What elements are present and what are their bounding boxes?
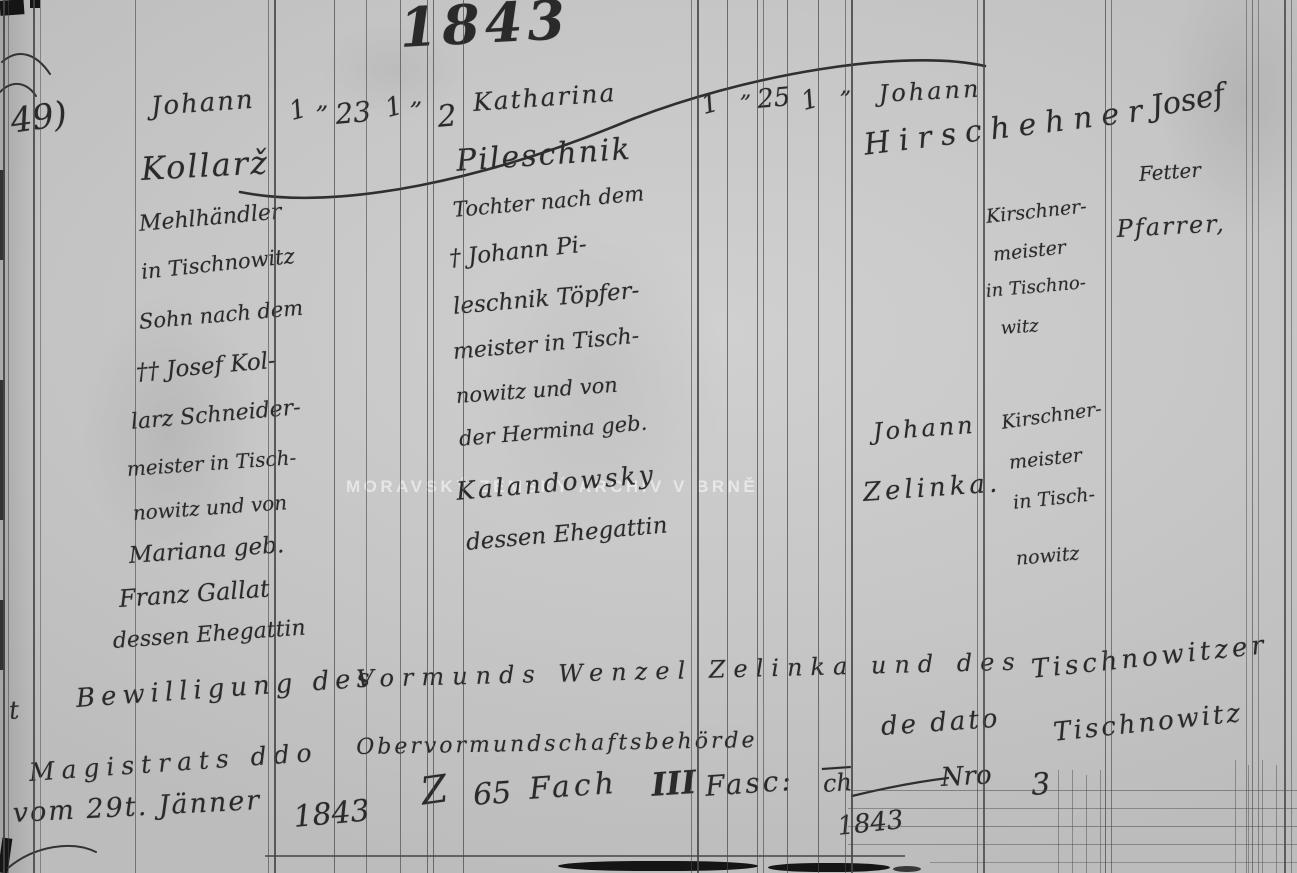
column-rule bbox=[697, 0, 699, 873]
bride-line: Tochter nach dem bbox=[452, 181, 645, 222]
column-rule bbox=[463, 0, 464, 873]
groom-line: Sohn nach dem bbox=[138, 296, 304, 334]
witness-name: Johann bbox=[872, 411, 976, 446]
witness-role: meister bbox=[992, 236, 1067, 266]
stat-value: 1 bbox=[286, 94, 310, 127]
officiant-line: Fetter bbox=[1138, 158, 1202, 186]
stat-value: 1 bbox=[698, 88, 722, 121]
consent-right: Tischnowitzer bbox=[1030, 630, 1269, 685]
bride-line: Katharina bbox=[472, 78, 617, 117]
column-rule bbox=[1291, 0, 1292, 873]
filing-part: 1843 bbox=[836, 805, 905, 842]
column-rule bbox=[1284, 0, 1286, 873]
column-rule bbox=[433, 0, 434, 873]
crosshatch-rule bbox=[1248, 765, 1249, 873]
groom-line: Mehlhändler bbox=[138, 200, 283, 237]
officiant-line: Pfarrer, bbox=[1116, 209, 1226, 243]
filing-part: ch bbox=[822, 768, 853, 798]
witness-name: Johann bbox=[878, 75, 982, 108]
column-rule bbox=[1105, 0, 1106, 873]
column-rule bbox=[977, 0, 978, 873]
column-rule bbox=[334, 0, 335, 873]
witness-name: Zelinka. bbox=[862, 468, 1002, 508]
stain bbox=[1160, 0, 1297, 240]
consent-left: Bewilligung des bbox=[75, 663, 377, 714]
register-page: MORAVSKÝ ZEMSKÝ ARCHIV V BRNĚ 1843 49) J… bbox=[0, 0, 1297, 873]
crosshatch-rule bbox=[1100, 770, 1101, 873]
column-rule bbox=[1252, 0, 1253, 873]
ink-blob bbox=[558, 861, 758, 871]
column-rule bbox=[400, 0, 401, 873]
crosshatch-rule bbox=[1086, 775, 1087, 873]
filing-part: 65 bbox=[472, 775, 513, 813]
column-rule bbox=[135, 0, 136, 873]
flourish-bottom-left bbox=[8, 846, 96, 868]
column-rule bbox=[787, 0, 788, 873]
filing-part: Z bbox=[418, 766, 450, 813]
bride-index: 2 bbox=[436, 98, 458, 135]
consent-right: Tischnowitz bbox=[1052, 698, 1245, 748]
witness-role: meister bbox=[1008, 444, 1083, 474]
groom-line: Kollarž bbox=[140, 143, 270, 188]
column-rule bbox=[1246, 0, 1247, 873]
scan-artifact bbox=[30, 0, 40, 8]
column-rule bbox=[691, 0, 692, 873]
header-year: 1843 bbox=[398, 0, 571, 60]
consent-left: 1843 bbox=[292, 793, 371, 835]
bride-line: Pileschnik bbox=[455, 132, 633, 179]
column-rule bbox=[268, 0, 269, 873]
column-rule bbox=[33, 0, 35, 873]
bride-line: leschnik Töpfer- bbox=[452, 278, 640, 320]
column-rule bbox=[845, 0, 846, 873]
bride-line: nowitz und von bbox=[455, 373, 619, 408]
consent-left: vom 29t. Jänner bbox=[12, 785, 262, 829]
groom-line: dessen Ehegattin bbox=[112, 616, 306, 654]
consent-middle: Vormunds Wenzel Zelinka und des bbox=[356, 648, 1023, 693]
filing-part: Fach bbox=[528, 766, 619, 807]
ditto-mark: „ bbox=[316, 86, 328, 114]
groom-line: nowitz und von bbox=[132, 490, 288, 525]
margin-entry-number: 49) bbox=[8, 94, 70, 141]
groom-line: Mariana geb. bbox=[128, 532, 285, 569]
column-rule bbox=[1258, 0, 1259, 873]
crosshatch-rule bbox=[1262, 760, 1263, 873]
column-rule bbox=[818, 0, 819, 873]
consent-left: t bbox=[8, 695, 20, 725]
filing-part: Fasc: bbox=[704, 764, 795, 803]
witness-role: in Tisch- bbox=[1012, 483, 1096, 513]
groom-line: Franz Gallat bbox=[118, 574, 271, 612]
groom-line: meister in Tisch- bbox=[126, 445, 297, 481]
column-rule bbox=[757, 0, 758, 873]
crosshatch-rule bbox=[1072, 770, 1073, 873]
column-rule bbox=[983, 0, 985, 873]
bride-line: der Hermina geb. bbox=[458, 411, 648, 451]
flourish-ref-dash bbox=[852, 778, 948, 796]
ink-blob bbox=[893, 866, 921, 872]
crosshatch-rule bbox=[1058, 770, 1059, 873]
bride-line: dessen Ehegattin bbox=[465, 512, 668, 556]
column-rule bbox=[1111, 0, 1112, 873]
ditto-mark: „ bbox=[740, 78, 751, 103]
column-rule bbox=[8, 0, 9, 873]
officiant-line: Josef bbox=[1148, 77, 1227, 124]
groom-line: Johann bbox=[150, 85, 256, 122]
row-rule bbox=[265, 855, 905, 857]
groom-line: in Tischnowitz bbox=[140, 244, 296, 284]
column-rule bbox=[40, 0, 41, 873]
column-rule bbox=[3, 0, 5, 873]
column-rule bbox=[274, 0, 276, 873]
scan-artifact bbox=[0, 837, 12, 873]
bride-line: meister in Tisch- bbox=[452, 324, 640, 365]
row-rule bbox=[930, 862, 1297, 863]
witness-role: nowitz bbox=[1015, 542, 1080, 569]
witness-role: witz bbox=[1000, 315, 1039, 339]
crosshatch-rule bbox=[1235, 760, 1236, 873]
column-rule bbox=[366, 0, 367, 873]
bride-line: † Johann Pi- bbox=[448, 232, 588, 272]
groom-line: †† Josef Kol- bbox=[135, 348, 277, 386]
ditto-mark: „ bbox=[410, 82, 422, 110]
witness-role: Kirschner- bbox=[985, 195, 1088, 227]
witness-role: in Tischno- bbox=[985, 272, 1087, 302]
witness-role: Kirschner- bbox=[1000, 398, 1103, 434]
column-rule bbox=[851, 0, 853, 873]
bride-line: Kalandowsky bbox=[455, 460, 657, 506]
consent-ref: 3 bbox=[1030, 767, 1051, 803]
column-rule bbox=[763, 0, 764, 873]
stat-value: 1 bbox=[382, 91, 406, 124]
column-rule bbox=[727, 0, 728, 873]
column-rule bbox=[427, 0, 428, 873]
crosshatch-rule bbox=[1276, 765, 1277, 873]
